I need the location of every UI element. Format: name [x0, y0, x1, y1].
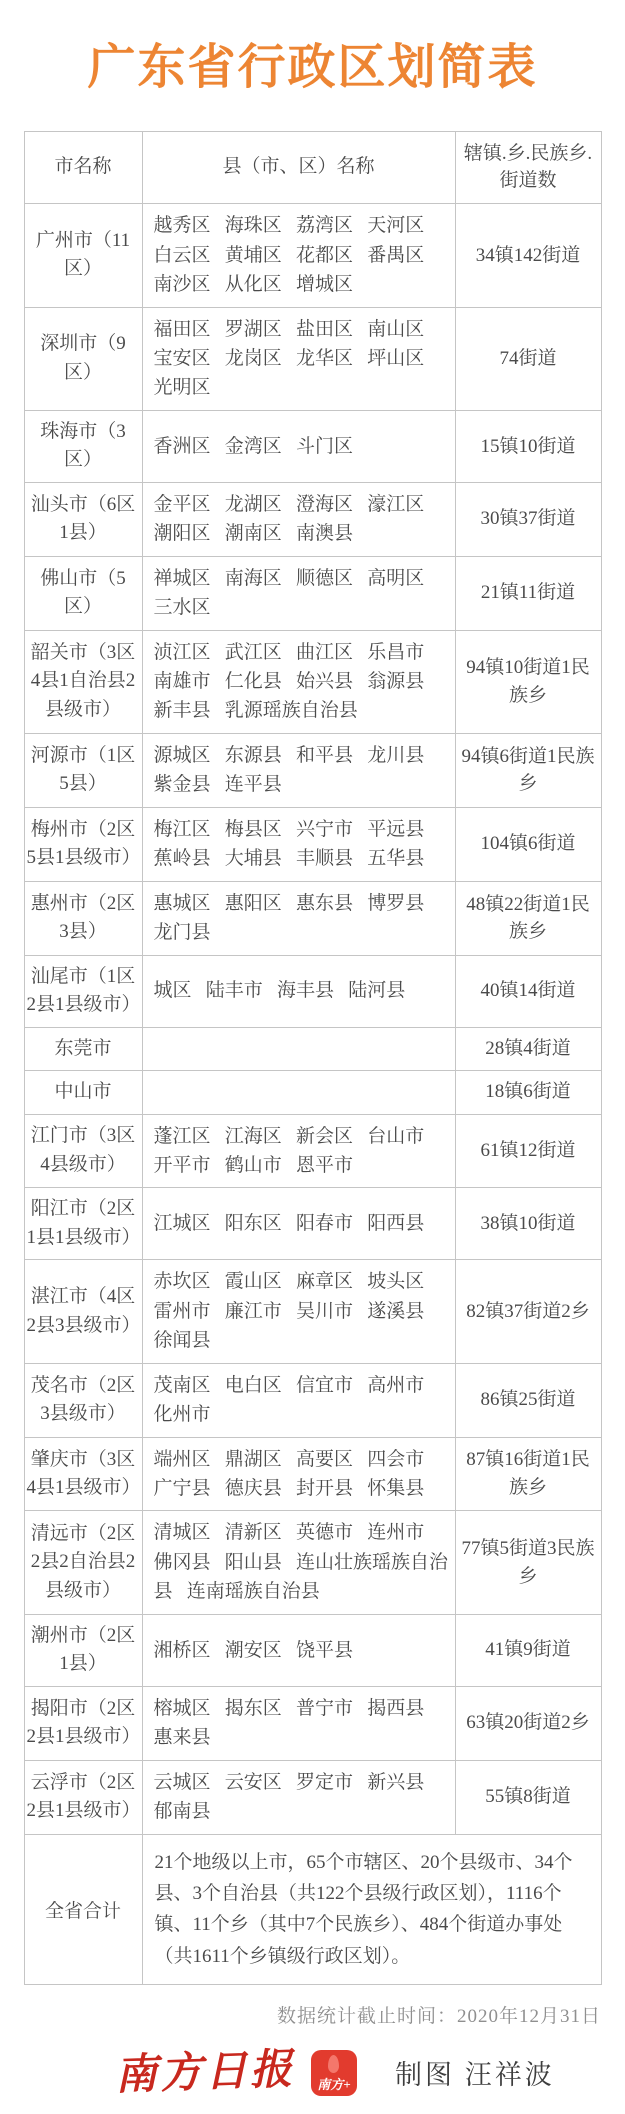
- infographic-page: 广东省行政区划简表 市名称 县（市、区）名称 辖镇.乡.民族乡.街道数 广州市（…: [0, 0, 625, 2114]
- counties-cell: 端州区 鼎湖区 高要区 四会市 广宁县 德庆县 封开县 怀集县: [142, 1437, 455, 1511]
- footer: 南方日报 南方+ 制图 汪祥波: [115, 2050, 625, 2096]
- table-row: 韶关市（3区4县1自治县2县级市） 浈江区 武江区 曲江区 乐昌市 南雄市 仁化…: [24, 630, 601, 733]
- counts-cell: 41镇9街道: [455, 1614, 601, 1686]
- table-row: 珠海市（3区） 香洲区 金湾区 斗门区 15镇10街道: [24, 410, 601, 482]
- counts-cell: 86镇25街道: [455, 1363, 601, 1437]
- counties-cell: 梅江区 梅县区 兴宁市 平远县 蕉岭县 大埔县 丰顺县 五华县: [142, 807, 455, 881]
- table-row: 梅州市（2区5县1县级市） 梅江区 梅县区 兴宁市 平远县 蕉岭县 大埔县 丰顺…: [24, 807, 601, 881]
- table-row: 中山市 18镇6街道: [24, 1071, 601, 1115]
- counts-cell: 21镇11街道: [455, 556, 601, 630]
- counts-cell: 77镇5街道3民族乡: [455, 1511, 601, 1614]
- city-cell: 中山市: [24, 1071, 142, 1115]
- data-cutoff-note: 数据统计截止时间：2020年12月31日: [24, 2001, 601, 2028]
- nanfang-plus-app-icon-label: 南方+: [317, 2078, 350, 2096]
- counts-cell: 38镇10街道: [455, 1188, 601, 1260]
- city-cell: 云浮市（2区2县1县级市）: [24, 1760, 142, 1834]
- city-cell: 潮州市（2区1县）: [24, 1614, 142, 1686]
- table-row: 佛山市（5区） 禅城区 南海区 顺德区 高明区 三水区 21镇11街道: [24, 556, 601, 630]
- counts-cell: 74街道: [455, 307, 601, 410]
- counts-cell: 94镇10街道1民族乡: [455, 630, 601, 733]
- table-row: 阳江市（2区1县1县级市） 江城区 阳东区 阳春市 阳西县 38镇10街道: [24, 1188, 601, 1260]
- counts-cell: 34镇142街道: [455, 204, 601, 307]
- table-row: 东莞市 28镇4街道: [24, 1027, 601, 1071]
- counties-cell: 榕城区 揭东区 普宁市 揭西县 惠来县: [142, 1686, 455, 1760]
- counties-cell: 福田区 罗湖区 盐田区 南山区 宝安区 龙岗区 龙华区 坪山区 光明区: [142, 307, 455, 410]
- counties-cell: [142, 1027, 455, 1071]
- table-row: 云浮市（2区2县1县级市） 云城区 云安区 罗定市 新兴县 郁南县 55镇8街道: [24, 1760, 601, 1834]
- nanfang-daily-logo: 南方日报: [114, 2049, 295, 2097]
- col-header-counties: 县（市、区）名称: [142, 132, 455, 204]
- counts-cell: 28镇4街道: [455, 1027, 601, 1071]
- counts-cell: 40镇14街道: [455, 955, 601, 1027]
- city-cell: 茂名市（2区3县级市）: [24, 1363, 142, 1437]
- counties-cell: 赤坎区 霞山区 麻章区 坡头区 雷州市 廉江市 吴川市 遂溪县 徐闻县: [142, 1260, 455, 1363]
- counts-cell: 55镇8街道: [455, 1760, 601, 1834]
- counties-cell: 江城区 阳东区 阳春市 阳西县: [142, 1188, 455, 1260]
- col-header-city: 市名称: [24, 132, 142, 204]
- admin-division-table: 市名称 县（市、区）名称 辖镇.乡.民族乡.街道数 广州市（11区） 越秀区 海…: [24, 131, 602, 1985]
- col-header-counts: 辖镇.乡.民族乡.街道数: [455, 132, 601, 204]
- counties-cell: 香洲区 金湾区 斗门区: [142, 410, 455, 482]
- counties-cell: [142, 1071, 455, 1115]
- page-title: 广东省行政区划简表: [0, 0, 625, 131]
- table-row: 潮州市（2区1县） 湘桥区 潮安区 饶平县 41镇9街道: [24, 1614, 601, 1686]
- city-cell: 梅州市（2区5县1县级市）: [24, 807, 142, 881]
- counts-cell: 87镇16街道1民族乡: [455, 1437, 601, 1511]
- nanfang-plus-app-icon: 南方+: [311, 2050, 357, 2096]
- counts-cell: 94镇6街道1民族乡: [455, 733, 601, 807]
- counties-cell: 浈江区 武江区 曲江区 乐昌市 南雄市 仁化县 始兴县 翁源县 新丰县 乳源瑶族…: [142, 630, 455, 733]
- counts-cell: 15镇10街道: [455, 410, 601, 482]
- city-cell: 汕尾市（1区2县1县级市）: [24, 955, 142, 1027]
- counts-cell: 30镇37街道: [455, 482, 601, 556]
- table-row: 江门市（3区4县级市） 蓬江区 江海区 新会区 台山市 开平市 鹤山市 恩平市 …: [24, 1114, 601, 1188]
- table-row: 惠州市（2区3县） 惠城区 惠阳区 惠东县 博罗县 龙门县 48镇22街道1民族…: [24, 881, 601, 955]
- counts-cell: 104镇6街道: [455, 807, 601, 881]
- city-cell: 江门市（3区4县级市）: [24, 1114, 142, 1188]
- counts-cell: 61镇12街道: [455, 1114, 601, 1188]
- total-row: 全省合计 21个地级以上市，65个市辖区、20个县级市、34个县、3个自治县（共…: [24, 1834, 601, 1984]
- counties-cell: 清城区 清新区 英德市 连州市 佛冈县 阳山县 连山壮族瑶族自治县 连南瑶族自治…: [142, 1511, 455, 1614]
- counts-cell: 18镇6街道: [455, 1071, 601, 1115]
- city-cell: 东莞市: [24, 1027, 142, 1071]
- counties-cell: 禅城区 南海区 顺德区 高明区 三水区: [142, 556, 455, 630]
- table-row: 河源市（1区5县） 源城区 东源县 和平县 龙川县 紫金县 连平县 94镇6街道…: [24, 733, 601, 807]
- header-row: 市名称 县（市、区）名称 辖镇.乡.民族乡.街道数: [24, 132, 601, 204]
- counties-cell: 湘桥区 潮安区 饶平县: [142, 1614, 455, 1686]
- counties-cell: 源城区 东源县 和平县 龙川县 紫金县 连平县: [142, 733, 455, 807]
- counties-cell: 金平区 龙湖区 澄海区 濠江区 潮阳区 潮南区 南澳县: [142, 482, 455, 556]
- city-cell: 佛山市（5区）: [24, 556, 142, 630]
- city-cell: 深圳市（9区）: [24, 307, 142, 410]
- city-cell: 肇庆市（3区4县1县级市）: [24, 1437, 142, 1511]
- table-row: 汕尾市（1区2县1县级市） 城区 陆丰市 海丰县 陆河县 40镇14街道: [24, 955, 601, 1027]
- city-cell: 惠州市（2区3县）: [24, 881, 142, 955]
- credit-text: 制图 汪祥波: [395, 2053, 555, 2092]
- table-row: 湛江市（4区2县3县级市） 赤坎区 霞山区 麻章区 坡头区 雷州市 廉江市 吴川…: [24, 1260, 601, 1363]
- city-cell: 汕头市（6区1县）: [24, 482, 142, 556]
- city-cell: 湛江市（4区2县3县级市）: [24, 1260, 142, 1363]
- total-summary: 21个地级以上市，65个市辖区、20个县级市、34个县、3个自治县（共122个县…: [142, 1834, 601, 1984]
- city-cell: 珠海市（3区）: [24, 410, 142, 482]
- table-row: 揭阳市（2区2县1县级市） 榕城区 揭东区 普宁市 揭西县 惠来县 63镇20街…: [24, 1686, 601, 1760]
- counties-cell: 城区 陆丰市 海丰县 陆河县: [142, 955, 455, 1027]
- city-cell: 揭阳市（2区2县1县级市）: [24, 1686, 142, 1760]
- counts-cell: 63镇20街道2乡: [455, 1686, 601, 1760]
- city-cell: 韶关市（3区4县1自治县2县级市）: [24, 630, 142, 733]
- city-cell: 清远市（2区2县2自治县2县级市）: [24, 1511, 142, 1614]
- counties-cell: 云城区 云安区 罗定市 新兴县 郁南县: [142, 1760, 455, 1834]
- city-cell: 河源市（1区5县）: [24, 733, 142, 807]
- counts-cell: 82镇37街道2乡: [455, 1260, 601, 1363]
- table-row: 肇庆市（3区4县1县级市） 端州区 鼎湖区 高要区 四会市 广宁县 德庆县 封开…: [24, 1437, 601, 1511]
- counties-cell: 蓬江区 江海区 新会区 台山市 开平市 鹤山市 恩平市: [142, 1114, 455, 1188]
- table-row: 深圳市（9区） 福田区 罗湖区 盐田区 南山区 宝安区 龙岗区 龙华区 坪山区 …: [24, 307, 601, 410]
- table-row: 清远市（2区2县2自治县2县级市） 清城区 清新区 英德市 连州市 佛冈县 阳山…: [24, 1511, 601, 1614]
- table-row: 广州市（11区） 越秀区 海珠区 荔湾区 天河区 白云区 黄埔区 花都区 番禺区…: [24, 204, 601, 307]
- counties-cell: 越秀区 海珠区 荔湾区 天河区 白云区 黄埔区 花都区 番禺区 南沙区 从化区 …: [142, 204, 455, 307]
- counties-cell: 惠城区 惠阳区 惠东县 博罗县 龙门县: [142, 881, 455, 955]
- total-label: 全省合计: [24, 1834, 142, 1984]
- table-row: 茂名市（2区3县级市） 茂南区 电白区 信宜市 高州市 化州市 86镇25街道: [24, 1363, 601, 1437]
- counties-cell: 茂南区 电白区 信宜市 高州市 化州市: [142, 1363, 455, 1437]
- counts-cell: 48镇22街道1民族乡: [455, 881, 601, 955]
- city-cell: 阳江市（2区1县1县级市）: [24, 1188, 142, 1260]
- table-row: 汕头市（6区1县） 金平区 龙湖区 澄海区 濠江区 潮阳区 潮南区 南澳县 30…: [24, 482, 601, 556]
- city-cell: 广州市（11区）: [24, 204, 142, 307]
